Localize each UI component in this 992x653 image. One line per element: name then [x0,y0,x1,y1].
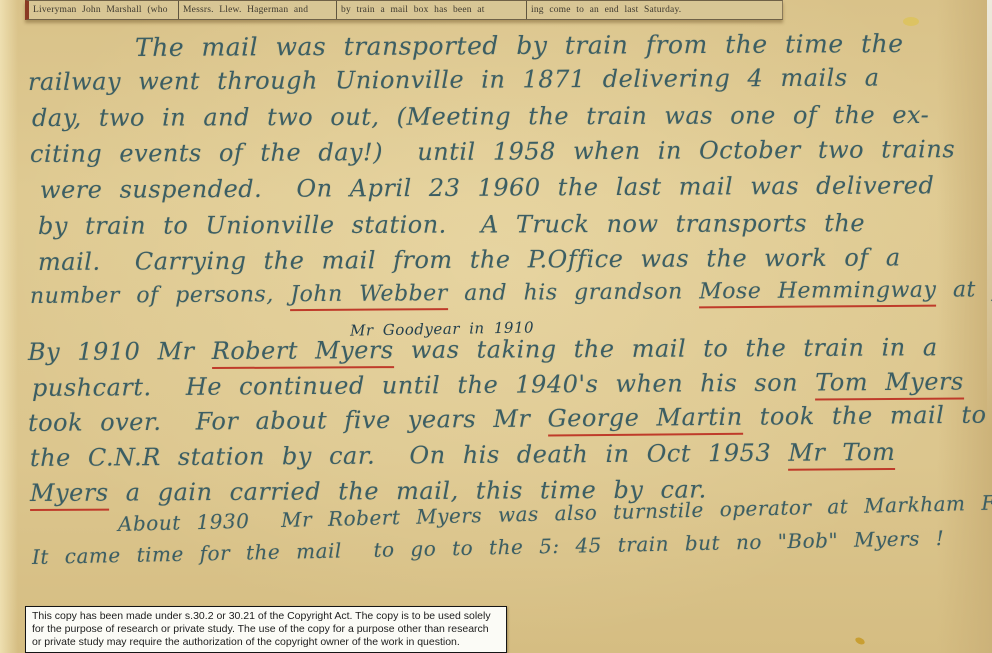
handwriting-segment: railway went through Unionville in 1871 … [28,64,880,96]
scanned-page: Liveryman John Marshall (who Messrs. Lle… [0,0,992,653]
handwriting-segment: took the mail to [742,401,986,431]
handwriting-segment: and his grandson [448,279,700,306]
underlined-name: Mr Tom [788,438,895,471]
interlinear-insertion-note: Mr Goodyear in 1910 [350,318,534,339]
handwritten-line-3: day, two in and two out, (Meeting the tr… [32,101,929,132]
handwriting-segment: the C.N.R station by car. On his death i… [30,439,789,472]
handwriting-segment: citing events of the day!) until 1958 wh… [30,135,955,168]
handwriting-segment: at first. [936,277,992,303]
handwritten-line-5: were suspended. On April 23 1960 the las… [40,171,934,204]
handwriting-segment: was taking the mail to the train in a [394,333,938,364]
handwriting-segment: By 1910 Mr [28,337,212,366]
handwriting-segment: by train to Unionville station. A Truck … [38,209,865,240]
handwriting-segment: were suspended. On April 23 1960 the las… [40,171,934,204]
handwritten-line-9: By 1910 Mr Robert Myers was taking the m… [28,333,938,366]
underlined-name: Tom Myers [815,367,964,400]
handwritten-line-6: by train to Unionville station. A Truck … [38,209,865,240]
copyright-notice: This copy has been made under s.30.2 or … [25,606,507,653]
handwritten-line-1: The mail was transported by train from t… [135,29,904,62]
underlined-name: Myers [30,479,109,511]
handwriting-segment: took over. For about five years Mr [28,404,548,437]
handwritten-line-7: mail. Carrying the mail from the P.Offic… [38,243,901,276]
copyright-line-2: for the purpose of research or private s… [32,623,500,636]
underlined-name: John Webber [290,281,448,311]
handwriting-segment: pushcart. He continued until the 1940's … [32,369,815,402]
handwritten-line-2: railway went through Unionville in 1871 … [28,64,880,96]
handwriting-segment: number of persons, [30,282,290,309]
handwriting-segment: mail. Carrying the mail from the P.Offic… [38,243,901,276]
handwritten-line-4: citing events of the day!) until 1958 wh… [30,135,955,168]
copyright-line-1: This copy has been made under s.30.2 or … [32,610,500,623]
handwritten-line-8: number of persons, John Webber and his g… [30,277,992,309]
underlined-name: Mose Hemmingway [699,278,936,309]
underlined-name: Robert Myers [212,336,394,369]
handwritten-line-10: pushcart. He continued until the 1940's … [32,367,964,402]
handwriting-segment: The mail was transported by train from t… [135,29,904,62]
underlined-name: George Martin [547,403,742,437]
copyright-line-3: or private study may require the authori… [32,636,500,649]
handwriting-segment: day, two in and two out, (Meeting the tr… [32,101,929,132]
handwritten-line-12: the C.N.R station by car. On his death i… [30,438,896,472]
paper-stain-small [903,17,919,26]
handwritten-line-11: took over. For about five years Mr Georg… [28,401,987,437]
